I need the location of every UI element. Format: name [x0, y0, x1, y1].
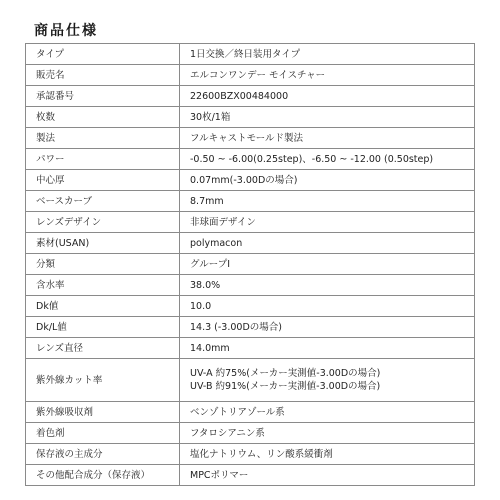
row-label: 中心厚 [26, 170, 180, 191]
row-value: 0.07mm(-3.00Dの場合) [180, 170, 475, 191]
row-label: ベースカーブ [26, 191, 180, 212]
table-row: 紫外線吸収剤ベンゾトリアゾール系 [26, 402, 475, 423]
table-row: 素材(USAN)polymacon [26, 233, 475, 254]
row-label: 承認番号 [26, 86, 180, 107]
row-value: 非球面デザイン [180, 212, 475, 233]
row-label: 保存液の主成分 [26, 444, 180, 465]
table-row: パワー-0.50 ~ -6.00(0.25step)、-6.50 ~ -12.0… [26, 149, 475, 170]
table-row: 含水率38.0% [26, 275, 475, 296]
uv-a-value: UV-A 約75%(メーカー実測値-3.00Dの場合) [190, 367, 474, 380]
table-row: 紫外線カット率 UV-A 約75%(メーカー実測値-3.00Dの場合) UV-B… [26, 359, 475, 402]
row-label: レンズデザイン [26, 212, 180, 233]
row-value: ベンゾトリアゾール系 [180, 402, 475, 423]
row-label: その他配合成分（保存液） [26, 465, 180, 486]
row-value: 塩化ナトリウム、リン酸系緩衝剤 [180, 444, 475, 465]
table-row: その他配合成分（保存液）MPCポリマー [26, 465, 475, 486]
row-value: エルコンワンデー モイスチャー [180, 65, 475, 86]
table-row: 保存液の主成分塩化ナトリウム、リン酸系緩衝剤 [26, 444, 475, 465]
row-label: 含水率 [26, 275, 180, 296]
uv-b-value: UV-B 約91%(メーカー実測値-3.00Dの場合) [190, 380, 474, 393]
row-label: レンズ直径 [26, 338, 180, 359]
row-label: 紫外線カット率 [26, 359, 180, 402]
table-row: ベースカーブ8.7mm [26, 191, 475, 212]
row-value: 30枚/1箱 [180, 107, 475, 128]
table-row: Dk/L値14.3 (-3.00Dの場合) [26, 317, 475, 338]
table-row: 分類グループI [26, 254, 475, 275]
row-label: パワー [26, 149, 180, 170]
table-row: 承認番号22600BZX00484000 [26, 86, 475, 107]
page-title: 商品仕様 [34, 20, 98, 40]
row-label: 素材(USAN) [26, 233, 180, 254]
row-value: 14.3 (-3.00Dの場合) [180, 317, 475, 338]
row-label: 販売名 [26, 65, 180, 86]
table-row: 枚数30枚/1箱 [26, 107, 475, 128]
row-label: 紫外線吸収剤 [26, 402, 180, 423]
table-row: 製法フルキャストモールド製法 [26, 128, 475, 149]
row-value: フタロシアニン系 [180, 423, 475, 444]
row-label: Dk値 [26, 296, 180, 317]
row-label: Dk/L値 [26, 317, 180, 338]
row-value: polymacon [180, 233, 475, 254]
row-label: 枚数 [26, 107, 180, 128]
row-value: 38.0% [180, 275, 475, 296]
row-value: フルキャストモールド製法 [180, 128, 475, 149]
row-value: MPCポリマー [180, 465, 475, 486]
table-row: レンズデザイン非球面デザイン [26, 212, 475, 233]
table-row: 着色剤フタロシアニン系 [26, 423, 475, 444]
row-value: 22600BZX00484000 [180, 86, 475, 107]
row-value: 10.0 [180, 296, 475, 317]
row-value: UV-A 約75%(メーカー実測値-3.00Dの場合) UV-B 約91%(メー… [180, 359, 475, 402]
row-value: 1日交換／終日装用タイプ [180, 44, 475, 65]
table-row: レンズ直径14.0mm [26, 338, 475, 359]
spec-table: タイプ1日交換／終日装用タイプ 販売名エルコンワンデー モイスチャー 承認番号2… [25, 43, 475, 486]
row-label: タイプ [26, 44, 180, 65]
row-label: 分類 [26, 254, 180, 275]
table-row: 中心厚0.07mm(-3.00Dの場合) [26, 170, 475, 191]
table-row: 販売名エルコンワンデー モイスチャー [26, 65, 475, 86]
table-row: タイプ1日交換／終日装用タイプ [26, 44, 475, 65]
row-value: -0.50 ~ -6.00(0.25step)、-6.50 ~ -12.00 (… [180, 149, 475, 170]
row-value: 8.7mm [180, 191, 475, 212]
row-label: 製法 [26, 128, 180, 149]
table-row: Dk値10.0 [26, 296, 475, 317]
row-value: 14.0mm [180, 338, 475, 359]
row-value: グループI [180, 254, 475, 275]
row-label: 着色剤 [26, 423, 180, 444]
